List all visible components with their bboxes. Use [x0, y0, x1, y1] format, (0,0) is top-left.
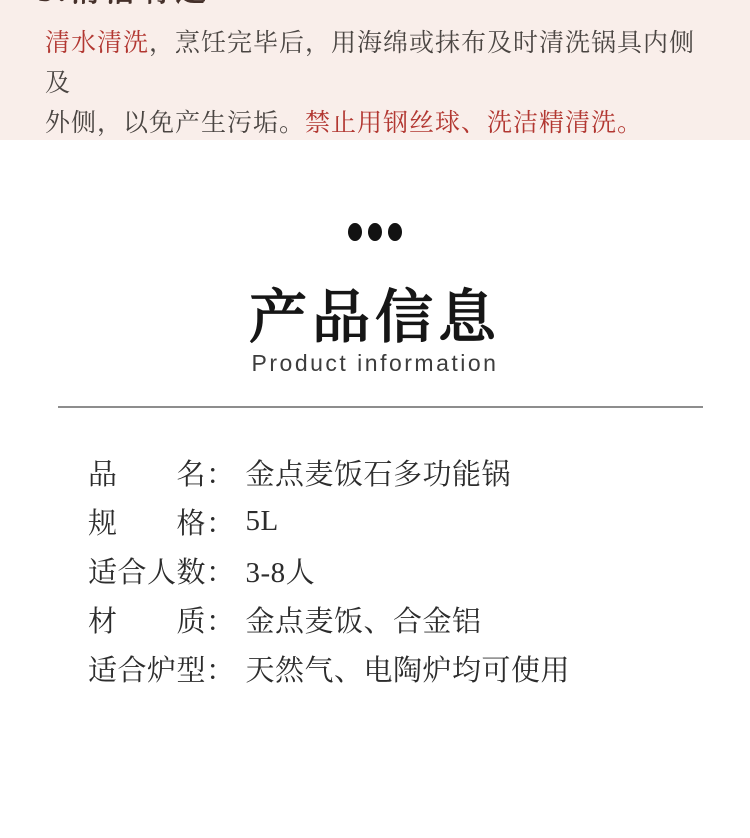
spec-value: 金点麦饭、合金铝: [246, 599, 482, 640]
dot-icon: [348, 223, 362, 241]
tip-line2-red: 禁止用钢丝球、洗洁精清洗。: [305, 110, 643, 137]
spec-label: 适合炉型：: [88, 648, 236, 689]
spec-label: 规 格：: [88, 501, 236, 542]
spec-label: 材 质：: [88, 599, 236, 640]
spec-row-name: 品 名：金点麦饭石多功能锅: [88, 448, 750, 497]
spec-value: 天然气、电陶炉均可使用: [246, 648, 571, 689]
section-heading-clipped: 3.清洁有道: [38, 0, 211, 8]
page-title: 产品信息: [0, 287, 750, 349]
tip-red-lead: 清水清洗: [45, 30, 149, 57]
cleaning-tip-section: 3.清洁有道 清水清洗，烹饪完毕后，用海绵或抹布及时清洗锅具内侧及外侧，以免产生…: [0, 0, 750, 140]
tip-line2-black: 外侧，以免产生污垢。: [45, 110, 305, 137]
dot-icon: [368, 223, 382, 241]
page-subtitle: Product information: [0, 351, 750, 375]
page: { "tip_section": { "heading_fragment": "…: [0, 0, 750, 838]
spec-label: 适合人数：: [88, 550, 236, 591]
divider-line: [58, 406, 703, 408]
spec-row-size: 规 格：5L: [88, 497, 750, 546]
spec-label: 品 名：: [88, 452, 236, 493]
product-info-section: 产品信息 Product information 品 名：金点麦饭石多功能锅 规…: [0, 140, 750, 693]
three-dots-icon: [0, 223, 750, 241]
dot-icon: [388, 223, 402, 241]
spec-value: 5L: [246, 505, 279, 538]
spec-list: 品 名：金点麦饭石多功能锅 规 格：5L 适合人数：3-8人 材 质：金点麦饭、…: [0, 448, 750, 693]
spec-row-stove-type: 适合炉型：天然气、电陶炉均可使用: [88, 644, 750, 693]
spec-value: 3-8人: [246, 550, 316, 591]
spec-value: 金点麦饭石多功能锅: [246, 452, 512, 493]
cleaning-tip-paragraph: 清水清洗，烹饪完毕后，用海绵或抹布及时清洗锅具内侧及外侧，以免产生污垢。禁止用钢…: [45, 24, 715, 140]
spec-row-material: 材 质：金点麦饭、合金铝: [88, 595, 750, 644]
spec-row-capacity: 适合人数：3-8人: [88, 546, 750, 595]
